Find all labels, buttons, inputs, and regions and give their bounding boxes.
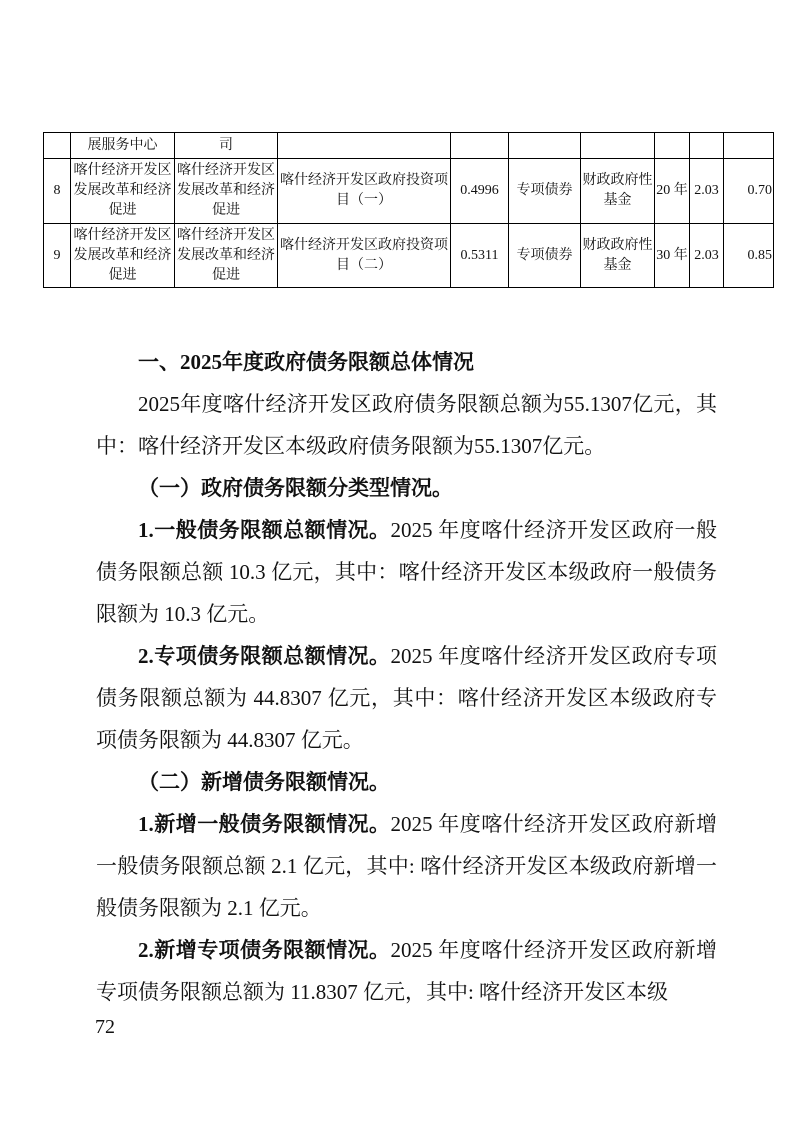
- amount-cell: 0.5311: [451, 224, 509, 288]
- paragraph-general-limit: 1.一般债务限额总额情况。2025 年度喀什经济开发区政府一般债务限额总额 10…: [96, 509, 717, 635]
- carryover-cell-rate: [690, 133, 724, 159]
- carryover-cell-project: [278, 133, 451, 159]
- paragraph-special-limit: 2.专项债务限额总额情况。2025 年度喀什经济开发区政府专项债务限额总额为 4…: [96, 635, 717, 761]
- row-no: 9: [44, 224, 71, 288]
- bond-issuance-table: 展服务中心 司 8 喀什经济开发区发展改革和经济促进 喀什经济开发区发展改革和经…: [43, 132, 774, 288]
- rate-cell: 2.03: [690, 224, 724, 288]
- carryover-cell-amount: [451, 133, 509, 159]
- paragraph-new-special-limit: 2.新增专项债务限额情况。2025 年度喀什经济开发区政府新增专项债务限额总额为…: [96, 929, 717, 1013]
- subsection-heading-limit-by-type: （一）政府债务限额分类型情况。: [96, 467, 717, 509]
- term-cell: 20 年: [655, 159, 690, 224]
- paragraph-lead-new-general-limit: 1.新增一般债务限额情况。: [138, 812, 391, 836]
- rate-cell: 2.03: [690, 159, 724, 224]
- project-cell: 喀什经济开发区政府投资项目（一）: [278, 159, 451, 224]
- value-cell: 0.70: [724, 159, 774, 224]
- carryover-cell-term: [655, 133, 690, 159]
- row-no: 8: [44, 159, 71, 224]
- repay-source-cell: 财政政府性基金: [581, 159, 655, 224]
- document-page: 展服务中心 司 8 喀什经济开发区发展改革和经济促进 喀什经济开发区发展改革和经…: [0, 0, 793, 1122]
- bond-type-cell: 专项债券: [509, 159, 581, 224]
- project-cell: 喀什经济开发区政府投资项目（二）: [278, 224, 451, 288]
- bond-type-cell: 专项债券: [509, 224, 581, 288]
- unit-cell: 喀什经济开发区发展改革和经济促进: [175, 224, 278, 288]
- unit-cell: 喀什经济开发区发展改革和经济促进: [175, 159, 278, 224]
- carryover-cell-unit: 司: [175, 133, 278, 159]
- dept-cell: 喀什经济开发区发展改革和经济促进: [71, 159, 175, 224]
- carryover-cell-bond-type: [509, 133, 581, 159]
- paragraph-lead-general-limit: 1.一般债务限额总额情况。: [138, 518, 391, 542]
- carryover-cell-value: [724, 133, 774, 159]
- carryover-cell-no: [44, 133, 71, 159]
- paragraph-lead-special-limit: 2.专项债务限额总额情况。: [138, 644, 391, 668]
- subsection-heading-new-limit: （二）新增债务限额情况。: [96, 761, 717, 803]
- carryover-cell-repay-source: [581, 133, 655, 159]
- paragraph-lead-new-special-limit: 2.新增专项债务限额情况。: [138, 938, 391, 962]
- paragraph-total-limit: 2025年度喀什经济开发区政府债务限额总额为55.1307亿元，其中：喀什经济开…: [96, 383, 717, 467]
- document-body: 一、2025年度政府债务限额总体情况 2025年度喀什经济开发区政府债务限额总额…: [96, 341, 717, 1013]
- carryover-cell-dept: 展服务中心: [71, 133, 175, 159]
- table-carryover-row: 展服务中心 司: [44, 133, 774, 159]
- paragraph-new-general-limit: 1.新增一般债务限额情况。2025 年度喀什经济开发区政府新增一般债务限额总额 …: [96, 803, 717, 929]
- repay-source-cell: 财政政府性基金: [581, 224, 655, 288]
- amount-cell: 0.4996: [451, 159, 509, 224]
- table-row-8: 8 喀什经济开发区发展改革和经济促进 喀什经济开发区发展改革和经济促进 喀什经济…: [44, 159, 774, 224]
- section-heading-debt-limit-overview: 一、2025年度政府债务限额总体情况: [96, 341, 717, 383]
- dept-cell: 喀什经济开发区发展改革和经济促进: [71, 224, 175, 288]
- page-number: 72: [95, 1014, 115, 1040]
- table-row-9: 9 喀什经济开发区发展改革和经济促进 喀什经济开发区发展改革和经济促进 喀什经济…: [44, 224, 774, 288]
- value-cell: 0.85: [724, 224, 774, 288]
- term-cell: 30 年: [655, 224, 690, 288]
